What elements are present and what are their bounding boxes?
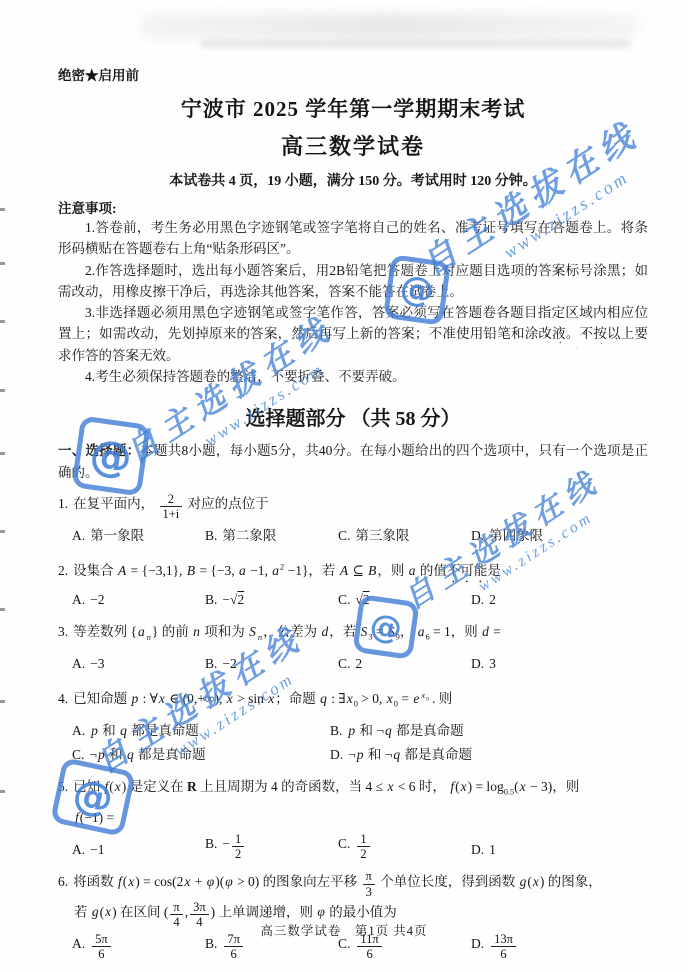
math-token: a [408, 563, 417, 578]
question-number: 3. [58, 624, 68, 639]
math-token: ) 是定义在 [122, 779, 187, 794]
math-token: −1 [90, 842, 104, 857]
answer-option: B.p 和 ¬q 都是真命题 [330, 719, 464, 743]
answer-option: D.2 [471, 588, 496, 612]
option-value: −3 [90, 656, 104, 671]
math-token: 若 [74, 904, 91, 919]
question-stem-line: 4.已知命题 p : ∀x ∈ (0,+∞), x > sin x；命题 q :… [58, 683, 648, 717]
math-token: < 6 时， [394, 779, 449, 794]
question-stem-line: 1.在复平面内， 21+i 对应的点位于 [58, 491, 648, 521]
fraction: 21+i [160, 492, 183, 522]
option-label: A. [72, 656, 85, 671]
math-token: −2 [90, 592, 104, 607]
math-token: 都是真命题 [128, 723, 199, 738]
classification-label: 绝密★启用前 [58, 64, 648, 84]
math-token: 的值 [417, 563, 447, 578]
math-token: n [192, 624, 201, 639]
math-token: 将函数 [73, 874, 117, 889]
page-content: 绝密★启用前 宁波市 2025 学年第一学期期末考试 高三数学试卷 本试卷共 4… [0, 0, 688, 961]
fraction-denominator: 2 [232, 846, 244, 861]
fraction-numerator: 1 [232, 832, 244, 846]
fraction: 12 [357, 832, 369, 862]
math-token: 的最小值为 [326, 904, 397, 919]
question: 5.已知 f(x) 是定义在 R 上且周期为 4 的奇函数，当 4 ≤ x < … [58, 774, 648, 861]
math-token: + [191, 874, 205, 889]
option-value: 3 [489, 656, 496, 671]
math-token: a [137, 624, 146, 639]
question: 2.设集合 A = {−3,1}, B = {−3, a −1, a2 −1}，… [58, 555, 648, 613]
math-token: 对应的点位于 [184, 496, 268, 511]
question-stem: 已知 f(x) 是定义在 R 上且周期为 4 的奇函数，当 4 ≤ x < 6 … [73, 779, 579, 794]
math-token: ¬ [89, 747, 97, 762]
option-label: A. [72, 592, 85, 607]
math-token: 在复平面内， [73, 496, 157, 511]
math-token: ) = cos(2 [135, 874, 183, 889]
fraction-denominator: 1+i [160, 506, 183, 521]
math-token: p [90, 723, 99, 738]
question-stem: 设集合 A = {−3,1}, B = {−3, a −1, a2 −1}，若 … [73, 563, 501, 578]
math-token: ⊆ [349, 563, 367, 578]
question-stem: 将函数 f(x) = cos(2x + φ)(φ > 0) 的图象向左平移 π3… [73, 874, 602, 889]
superscript: x0 [420, 691, 428, 700]
question: 6.将函数 f(x) = cos(2x + φ)(φ > 0) 的图象向左平移 … [58, 869, 648, 962]
math-token: 和 [106, 747, 126, 762]
fraction-numerator: π [363, 869, 375, 883]
option-value: −1 [90, 842, 104, 857]
math-token: = [398, 691, 412, 706]
notice-item: 1.答卷前，考生务必用黑色字迹钢笔或签字笔将自己的姓名、准考证号填写在答题卷上。… [58, 217, 648, 260]
math-token: = {−3, [196, 563, 238, 578]
math-token: 3 [489, 656, 496, 671]
answer-option: C.12 [338, 832, 471, 862]
subscript: 0.5 [504, 788, 514, 797]
options-row: A.−3B.−2C.2D.3 [58, 652, 648, 676]
fraction-denominator: 6 [357, 946, 381, 961]
math-token: > 0, [358, 691, 386, 706]
option-label: B. [205, 656, 217, 671]
math-token: 都是真命题 [401, 747, 472, 762]
answer-option: B.−12 [205, 832, 338, 862]
answer-option: C.¬p 和 q 都是真命题 [72, 743, 330, 767]
option-label: D. [471, 528, 484, 543]
math-token: 都是真命题 [393, 723, 464, 738]
math-token: x [386, 691, 394, 706]
question-stem: 已知命题 p : ∀x ∈ (0,+∞), x > sin x；命题 q : ∃… [73, 691, 452, 706]
math-token: 上且周期为 4 的奇函数，当 4 ≤ [197, 779, 387, 794]
fraction-denominator: 6 [92, 946, 111, 961]
math-token: ) = log [468, 779, 504, 794]
option-label: D. [471, 592, 484, 607]
option-label: A. [72, 842, 85, 857]
option-label: D. [471, 842, 484, 857]
options-row: A.p 和 q 都是真命题B.p 和 ¬q 都是真命题C.¬p 和 q 都是真命… [58, 719, 648, 767]
math-token: 已知命题 [73, 691, 130, 706]
option-label: A. [72, 528, 85, 543]
options-row: A.−2B.−√2C.√2D.2 [58, 588, 648, 612]
math-token: 都是真命题 [135, 747, 206, 762]
option-label: B. [205, 836, 217, 851]
math-token: : ∃ [328, 691, 346, 706]
math-token: 2 [237, 592, 244, 607]
math-token: ) 的图象， [540, 874, 602, 889]
answer-option: D.1 [471, 838, 496, 862]
math-token: q [384, 723, 393, 738]
math-token: − [222, 836, 230, 851]
math-token: p [356, 747, 365, 762]
question-number: 6. [58, 874, 68, 889]
answer-option: A.−2 [72, 588, 205, 612]
math-token: 和 [99, 723, 119, 738]
math-token: x [532, 874, 540, 889]
notice-item: 3.非选择题必须用黑色字迹钢笔或签字笔作答，答案必须写在答题卷各题目指定区域内相… [58, 302, 648, 366]
math-token: = 1，则 [430, 624, 482, 639]
math-token: 项和为 [201, 624, 248, 639]
answer-option: D.¬p 和 ¬q 都是真命题 [330, 743, 472, 767]
option-value: −√2 [222, 592, 244, 607]
math-token: ，公差为 [263, 624, 320, 639]
math-token: A [339, 563, 349, 578]
math-token: ) 上单调递增，则 [211, 904, 317, 919]
math-token: x [104, 904, 112, 919]
option-value: 第四象限 [489, 528, 543, 543]
math-token: x [226, 691, 234, 706]
math-token: = [490, 624, 501, 639]
math-token: = {−3,1}, [127, 563, 186, 578]
math-token: p [97, 747, 106, 762]
question-stem: 在复平面内， 21+i 对应的点位于 [73, 496, 269, 511]
question-list: 1.在复平面内， 21+i 对应的点位于A.第一象限B.第二象限C.第三象限D.… [58, 491, 648, 961]
math-token: . 则 [429, 691, 453, 706]
math-token: q [119, 723, 128, 738]
section-intro-text: 本题共8小题，每小题5分，共40分。在每小题给出的四个选项中，只有一个选项是正确… [58, 443, 648, 480]
question-number: 1. [58, 496, 68, 511]
option-value: 第三象限 [355, 528, 409, 543]
option-value: −12 [222, 836, 246, 851]
math-token: 2 [355, 656, 362, 671]
fraction-numerator: π [170, 900, 182, 914]
question-number: 2. [58, 563, 68, 578]
math-token: B [186, 563, 196, 578]
answer-option: B.第二象限 [205, 524, 338, 548]
question-stem-line: 2.设集合 A = {−3,1}, B = {−3, a −1, a2 −1}，… [58, 555, 648, 587]
section-intro: 一、选择题：本题共8小题，每小题5分，共40分。在每小题给出的四个选项中，只有一… [58, 440, 648, 484]
question-stem-line: 5.已知 f(x) 是定义在 R 上且周期为 4 的奇函数，当 4 ≤ x < … [58, 774, 648, 805]
math-token: x [346, 691, 354, 706]
math-token: 2 [489, 592, 496, 607]
option-value: p 和 q 都是真命题 [90, 723, 199, 738]
question-stem-line: 6.将函数 f(x) = cos(2x + φ)(φ > 0) 的图象向左平移 … [58, 869, 648, 899]
option-value: 12 [355, 836, 371, 851]
math-token: p [347, 723, 356, 738]
math-token: 和 ¬ [356, 723, 384, 738]
math-token: d [481, 624, 490, 639]
exam-page: 绝密★启用前 宁波市 2025 学年第一学期期末考试 高三数学试卷 本试卷共 4… [0, 0, 688, 972]
math-token: 等差数列 { [73, 624, 137, 639]
option-value: ¬p 和 q 都是真命题 [89, 747, 205, 762]
math-token: a [238, 563, 247, 578]
section-title: 选择题部分 （共 58 分） [58, 402, 648, 431]
answer-option: A.−3 [72, 652, 205, 676]
math-token: > sin [234, 691, 268, 706]
math-token: x [114, 779, 122, 794]
fraction-numerator: 3π [190, 900, 209, 914]
notice-item: 4.考生必须保持答题卷的整洁，不要折叠、不要弄破。 [58, 366, 648, 387]
notice-item: 2.作答选择题时，选出每小题答案后，用2B铅笔把答题卷上对应题目选项的答案标号涂… [58, 260, 648, 303]
math-token: 第四象限 [489, 528, 543, 543]
math-token: φ [316, 904, 325, 919]
question: 1.在复平面内， 21+i 对应的点位于A.第一象限B.第二象限C.第三象限D.… [58, 491, 648, 547]
math-token: ， [400, 624, 417, 639]
math-token: q [319, 691, 328, 706]
math-token: > 0) 的图象向左平移 [234, 874, 361, 889]
math-token: S [387, 624, 396, 639]
option-label: B. [330, 723, 342, 738]
fraction: 12 [232, 832, 244, 862]
math-token: 是 [487, 563, 501, 578]
math-token: q [126, 747, 135, 762]
option-label: C. [338, 528, 350, 543]
math-token: √ [355, 592, 362, 607]
math-token: ( [455, 779, 460, 794]
math-token: 第二象限 [222, 528, 276, 543]
math-token: )( [215, 874, 224, 889]
math-token: φ [224, 874, 233, 889]
math-token: 2 [363, 592, 370, 607]
option-value: 第一象限 [90, 528, 144, 543]
math-token: x [460, 779, 468, 794]
math-token: −1}，若 [284, 563, 339, 578]
option-value: 2 [489, 592, 496, 607]
notice-heading: 注意事项: [58, 197, 648, 217]
math-token: 已知 [73, 779, 103, 794]
option-value: −2 [90, 592, 104, 607]
math-token: −√ [222, 592, 237, 607]
math-token: A [117, 563, 127, 578]
math-token: 个单位长度，得到函数 [377, 874, 519, 889]
answer-option: C.第三象限 [338, 524, 471, 548]
option-value: p 和 ¬q 都是真命题 [347, 723, 463, 738]
paper-title: 高三数学试卷 [58, 130, 648, 161]
option-label: A. [72, 723, 85, 738]
fraction-denominator: 6 [491, 946, 516, 961]
math-token: 1 [489, 842, 496, 857]
option-value: −2 [222, 656, 236, 671]
math-token: p [131, 691, 140, 706]
option-label: D. [330, 747, 343, 762]
paper-info: 本试卷共 4 页，19 小题，满分 150 分。考试用时 120 分钟。 [58, 170, 648, 190]
answer-option: A.p 和 q 都是真命题 [72, 719, 330, 743]
math-token: S [248, 624, 257, 639]
answer-option: C.2 [338, 652, 471, 676]
math-token: a [271, 563, 280, 578]
question-stem: 等差数列 {an} 的前 n 项和为 Sn，公差为 d，若 S3 = S9， a… [73, 624, 501, 639]
exam-title: 宁波市 2025 学年第一学期期末考试 [58, 93, 648, 123]
math-token: x [158, 691, 166, 706]
option-value: 第二象限 [222, 528, 276, 543]
math-token: −3 [90, 656, 104, 671]
answer-option: D.第四象限 [471, 524, 543, 548]
option-value: 1 [489, 842, 496, 857]
math-token: −2 [222, 656, 236, 671]
math-token: (−1) = [80, 810, 114, 825]
question: 4.已知命题 p : ∀x ∈ (0,+∞), x > sin x；命题 q :… [58, 683, 648, 767]
option-label: D. [471, 656, 484, 671]
fraction-denominator: 6 [224, 946, 243, 961]
question-stem-continued: f(−1) = [58, 806, 648, 830]
question-number: 5. [58, 779, 68, 794]
math-token: ；命题 [275, 691, 319, 706]
answer-option: B.−2 [205, 652, 338, 676]
option-label: C. [338, 656, 350, 671]
math-token: φ [206, 874, 215, 889]
question: 3.等差数列 {an} 的前 n 项和为 Sn，公差为 d，若 S3 = S9，… [58, 619, 648, 676]
option-value: √2 [355, 592, 369, 607]
options-row: A.−1B.−12C.12D.1 [58, 832, 648, 862]
option-value: 2 [355, 656, 362, 671]
math-token: 第三象限 [355, 528, 409, 543]
math-token: ( [514, 779, 519, 794]
math-token: ) 在区间 ( [112, 904, 168, 919]
option-label: C. [72, 747, 84, 762]
math-token: B [367, 563, 377, 578]
math-token: = [373, 624, 387, 639]
page-footer: 高三数学试卷 第1页 共4页 [0, 921, 688, 939]
math-token: x [519, 779, 527, 794]
math-token: 设集合 [73, 563, 117, 578]
math-token: d [320, 624, 329, 639]
math-token: , [185, 904, 188, 919]
options-row: A.第一象限B.第二象限C.第三象限D.第四象限 [58, 524, 648, 548]
answer-option: A.−1 [72, 838, 205, 862]
math-token: 不可能 [447, 563, 488, 578]
fraction-denominator: 3 [363, 884, 375, 899]
math-token: : ∀ [139, 691, 158, 706]
fraction-numerator: 2 [160, 492, 183, 506]
option-label: B. [205, 592, 217, 607]
answer-option: A.第一象限 [72, 524, 205, 548]
option-label: B. [205, 528, 217, 543]
math-token: ∈ (0,+∞), [166, 691, 226, 706]
fraction-numerator: 1 [357, 832, 369, 846]
math-token: g [91, 904, 100, 919]
option-label: C. [338, 592, 350, 607]
question-number: 4. [58, 691, 68, 706]
answer-option: C.√2 [338, 588, 471, 612]
answer-option: B.−√2 [205, 588, 338, 612]
option-label: C. [338, 836, 350, 851]
math-token: 和 ¬ [365, 747, 393, 762]
math-token: ¬ [348, 747, 356, 762]
math-token: ，则 [377, 563, 407, 578]
notice-list: 1.答卷前，考生务必用黑色字迹钢笔或签字笔将自己的姓名、准考证号填写在答题卷上。… [58, 217, 648, 387]
math-token: −1, [247, 563, 272, 578]
fraction-denominator: 2 [357, 846, 369, 861]
math-token: ，若 [329, 624, 359, 639]
question-stem-line: 3.等差数列 {an} 的前 n 项和为 Sn，公差为 d，若 S3 = S9，… [58, 619, 648, 650]
math-token: R [187, 779, 197, 794]
answer-option: D.3 [471, 652, 496, 676]
math-token: − 3)，则 [527, 779, 580, 794]
fraction: π3 [363, 869, 375, 899]
math-token: } 的前 [152, 624, 192, 639]
option-value: ¬p 和 ¬q 都是真命题 [348, 747, 472, 762]
math-token: 第一象限 [90, 528, 144, 543]
section-intro-lead: 一、选择题： [58, 443, 140, 458]
math-token: q [392, 747, 401, 762]
